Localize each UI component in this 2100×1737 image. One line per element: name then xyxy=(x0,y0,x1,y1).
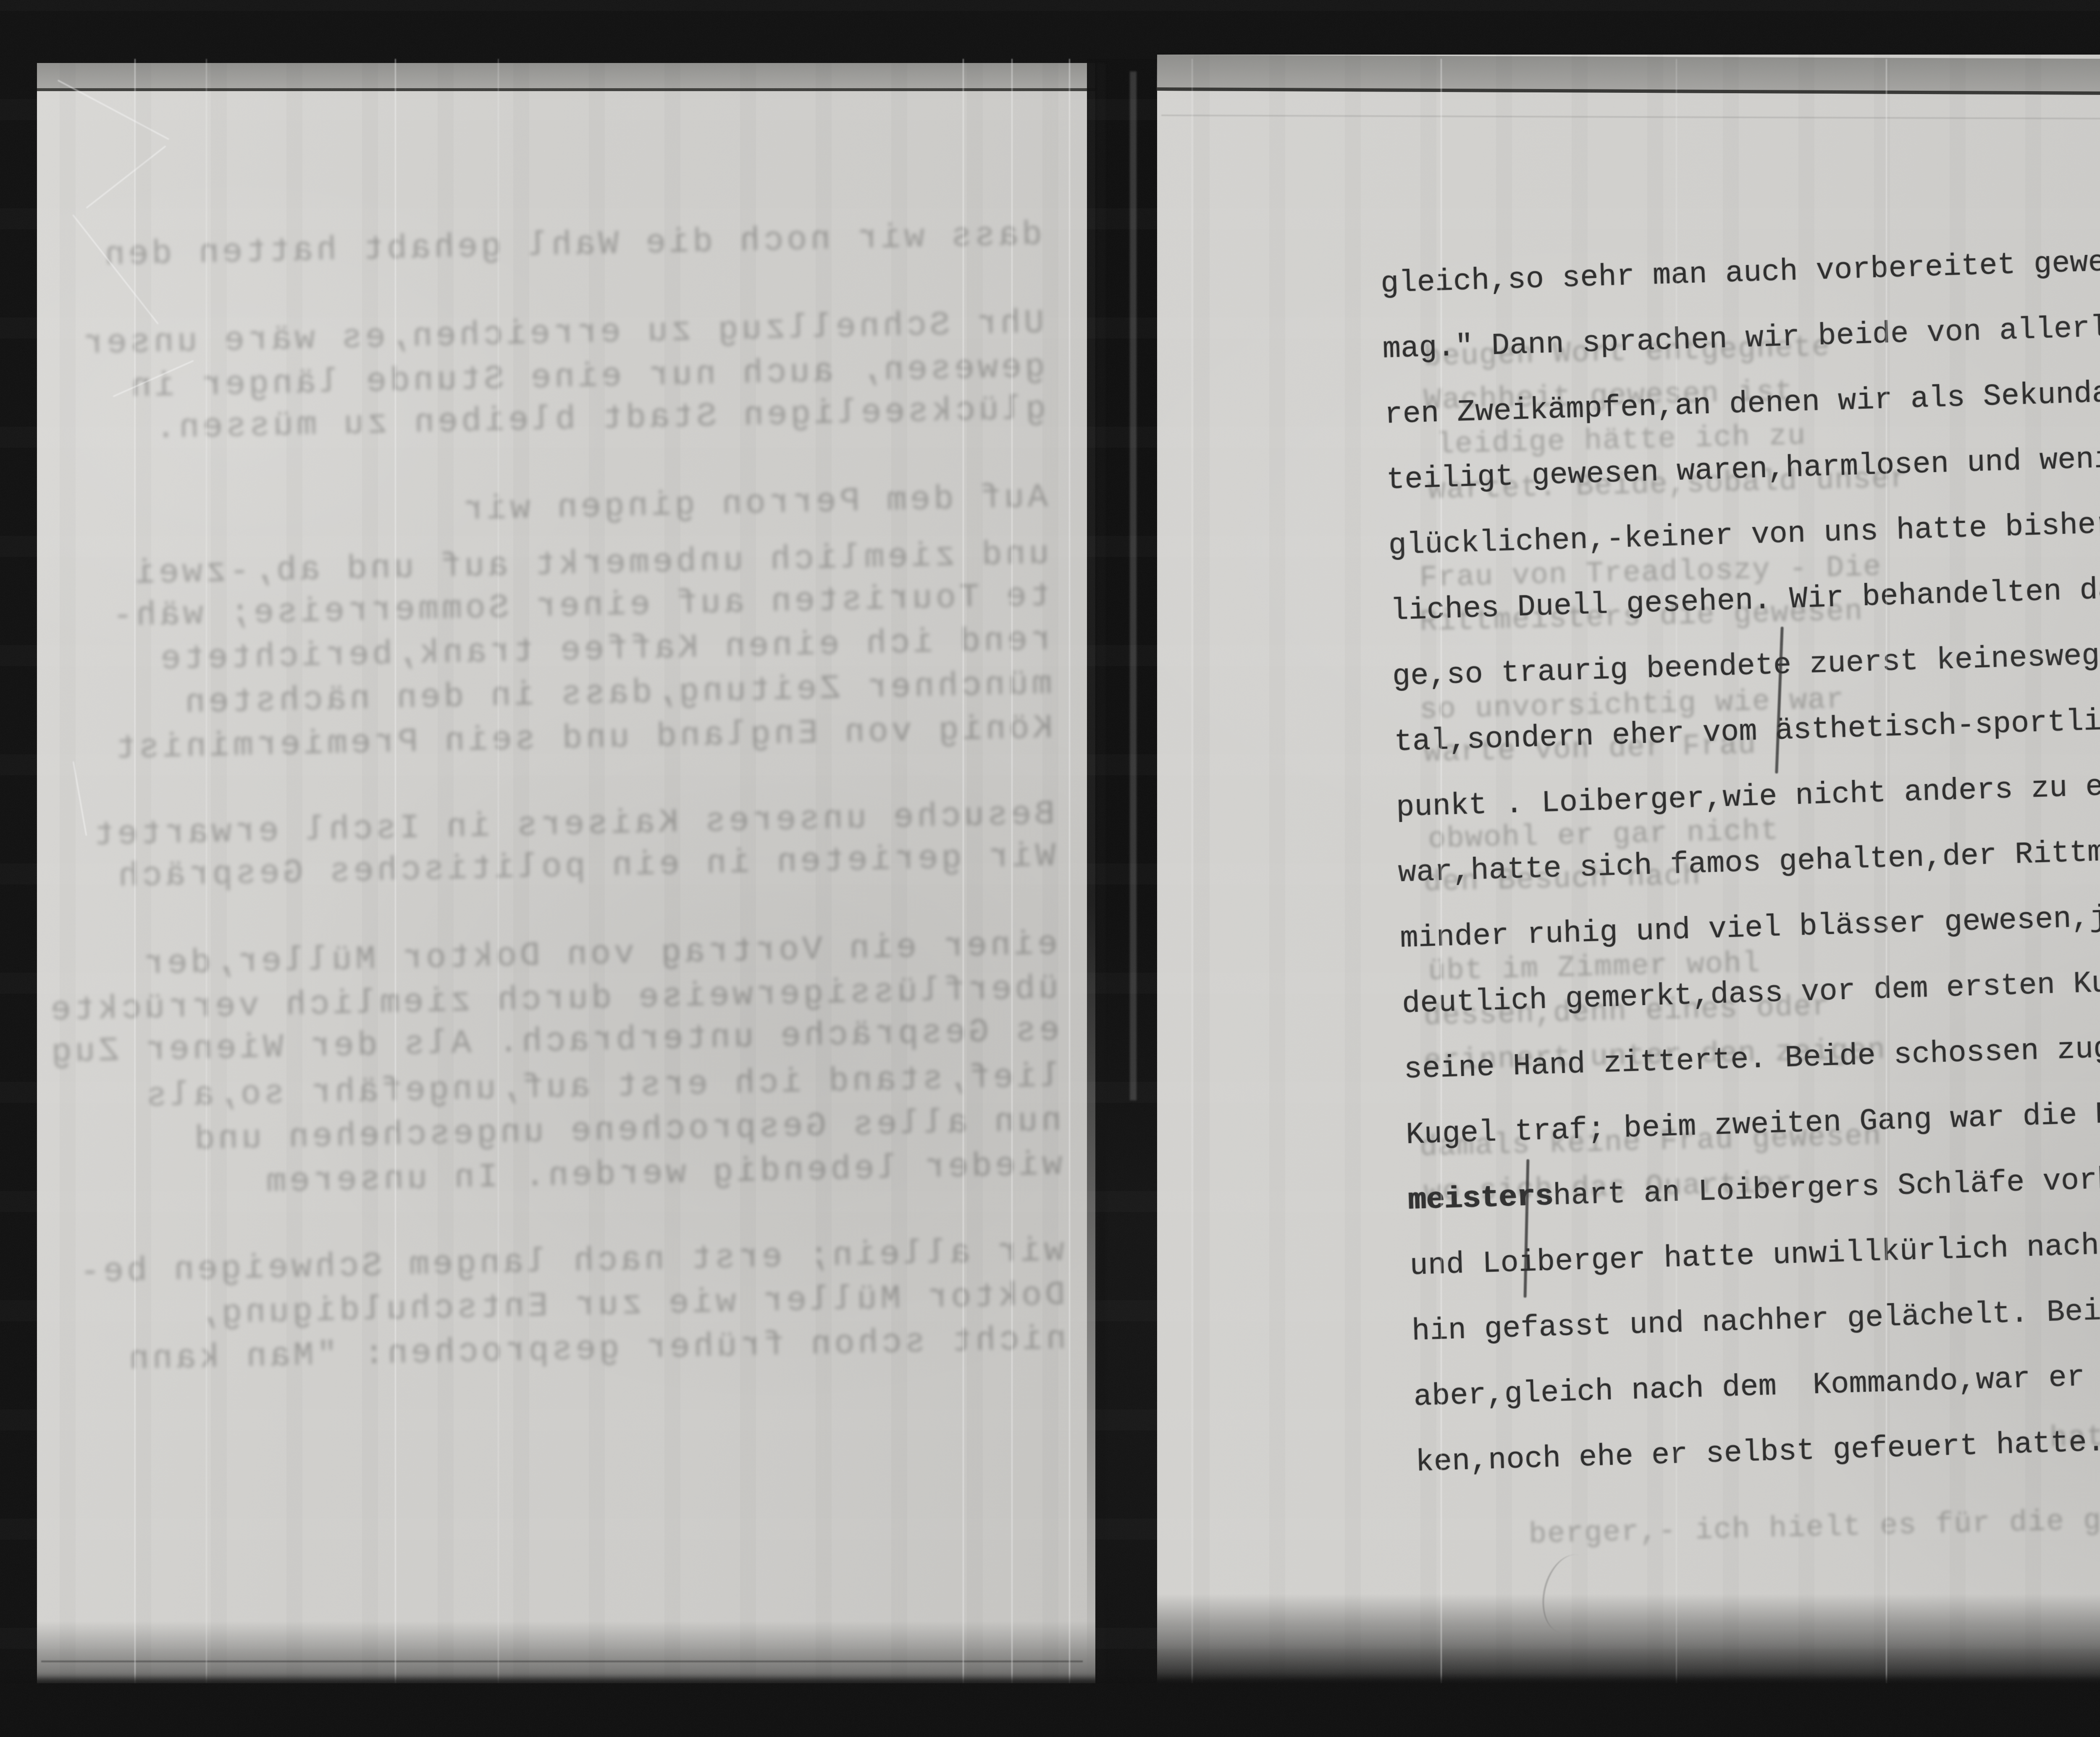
horizontal-crease xyxy=(1161,115,2100,120)
left-page-bleedthrough-text: dass wir noch die Wahl gehabt hatten den… xyxy=(34,52,1074,1695)
film-background: dass wir noch die Wahl gehabt hatten den… xyxy=(0,0,2100,1737)
scratch-line xyxy=(1069,59,1070,1688)
scratch-line xyxy=(498,59,499,1688)
showthrough-line: berger,- ich hielt es für die glücklichs… xyxy=(1528,1497,2100,1552)
scratch-line xyxy=(134,59,136,1688)
scratch-line xyxy=(1676,59,1677,1688)
film-bottom-band xyxy=(0,1683,2100,1737)
right-page-top-edge xyxy=(1157,55,2100,96)
scratch-line xyxy=(1441,59,1442,1688)
typed-text-block: gleich,so sehr man auch vorbereitet gewe… xyxy=(1380,222,2100,1496)
scratch-line xyxy=(1011,59,1013,1688)
right-page: 14 14 beugen Wort entgegnete Wachheit ge… xyxy=(1157,55,2100,1684)
scratch-line xyxy=(206,59,207,1688)
scratch-line xyxy=(1886,59,1887,1688)
scratch-line xyxy=(963,59,964,1688)
bleedthrough-line: dass wir noch die Wahl gehabt hatten den xyxy=(101,216,1042,275)
microfilm-scan: { "scan": { "colors": { "background": "#… xyxy=(0,0,2100,1737)
gutter-fold-line xyxy=(1097,63,1105,1683)
overstruck-word: meisters xyxy=(1407,1179,1554,1218)
gutter-page-edge-sliver xyxy=(1130,71,1137,1100)
scratch-line xyxy=(395,59,396,1688)
scratch-line xyxy=(1192,59,1193,1688)
left-page-bottom-shadow xyxy=(37,1621,1095,1684)
bleedthrough-line: Auf dem Perron gingen wir xyxy=(459,478,1048,530)
typed-line-rest: hart an Loibergers Schläfe vorbeigegange… xyxy=(1552,1157,2100,1214)
left-page: dass wir noch die Wahl gehabt hatten den… xyxy=(37,63,1095,1684)
right-page-bottom-shadow xyxy=(1157,1594,2100,1684)
